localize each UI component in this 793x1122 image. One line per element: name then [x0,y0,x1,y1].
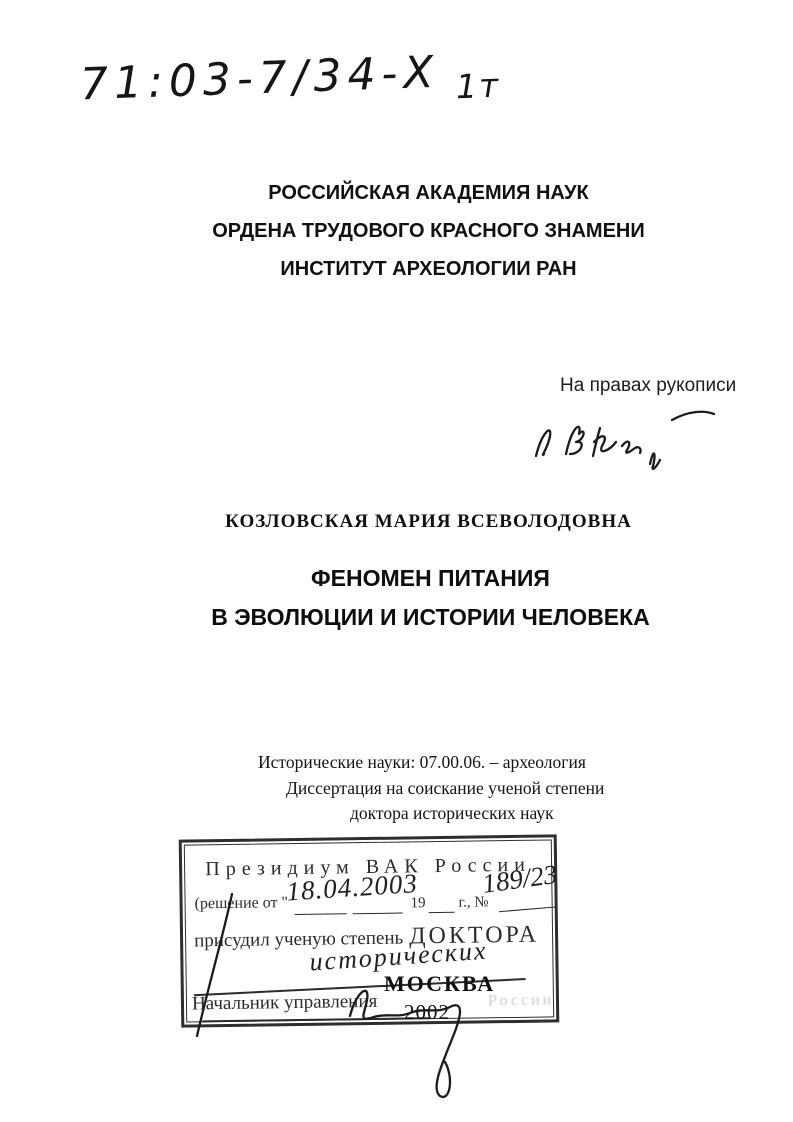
dissertation-title: ФЕНОМЕН ПИТАНИЯ В ЭВОЛЮЦИИ И ИСТОРИИ ЧЕЛ… [34,559,793,637]
institution-line-1: РОССИЙСКАЯ АКАДЕМИЯ НАУК [32,174,793,212]
manuscript-note: На правах рукописи [560,375,736,397]
title-line-2: В ЭВОЛЮЦИИ И ИСТОРИИ ЧЕЛОВЕКА [34,598,793,637]
degree-line: доктора исторических наук [350,803,554,824]
institution-line-3: ИНСТИТУТ АРХЕОЛОГИИ РАН [32,250,793,288]
shelf-code-handwritten: 71:03-7/34-Х1т [79,45,500,111]
title-line-1: ФЕНОМЕН ПИТАНИЯ [34,559,793,598]
shelf-code-main: 71:03-7/34-Х [79,47,440,111]
author-signature [522,398,732,478]
dissertation-purpose-line: Диссертация на соискание ученой степени [286,778,604,799]
institution-line-2: ОРДЕНА ТРУДОВОГО КРАСНОГО ЗНАМЕНИ [32,212,793,250]
dissertation-title-page: 71:03-7/34-Х1т РОССИЙСКАЯ АКАДЕМИЯ НАУК … [0,0,793,1122]
specialty-line: Исторические науки: 07.00.06. – археолог… [258,752,586,773]
author-name: КОЗЛОВСКАЯ МАРИЯ ВСЕВОЛОДОВНА [32,511,793,533]
shelf-code-suffix: 1т [455,66,501,107]
institution-header: РОССИЙСКАЯ АКАДЕМИЯ НАУК ОРДЕНА ТРУДОВОГ… [32,174,793,288]
official-signature [178,868,508,1118]
